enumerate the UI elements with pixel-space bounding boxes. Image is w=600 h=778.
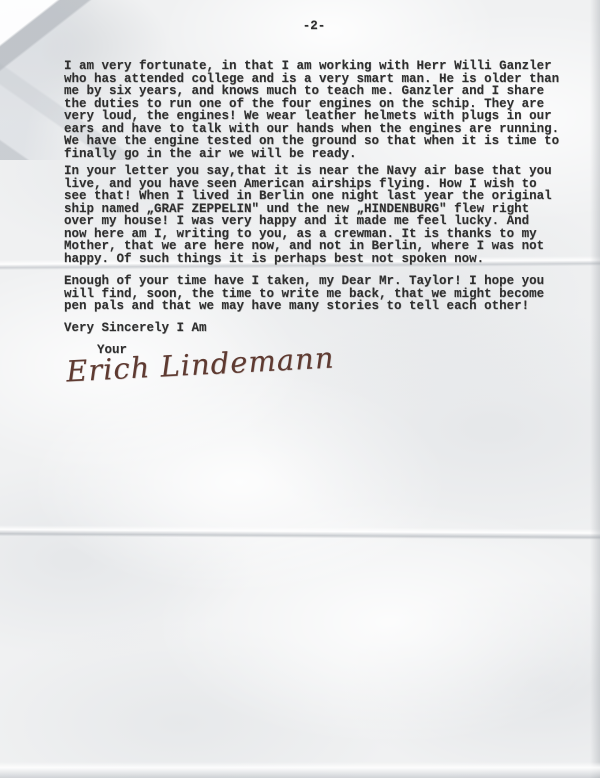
letter-scan-page: -2- I am very fortunate, in that I am wo… <box>0 0 600 778</box>
valediction: Very Sincerely I Am <box>64 322 207 335</box>
letter-paragraph-2: In your letter you say,that it is near t… <box>64 165 552 265</box>
scan-edge-right-shadow <box>590 0 600 778</box>
page-number: -2- <box>64 20 564 33</box>
letter-paragraph-1: I am very fortunate, in that I am workin… <box>64 60 559 160</box>
letter-paragraph-3: Enough of your time have I taken, my Dea… <box>64 275 544 313</box>
paper-bottom-edge-shadow <box>0 762 600 778</box>
